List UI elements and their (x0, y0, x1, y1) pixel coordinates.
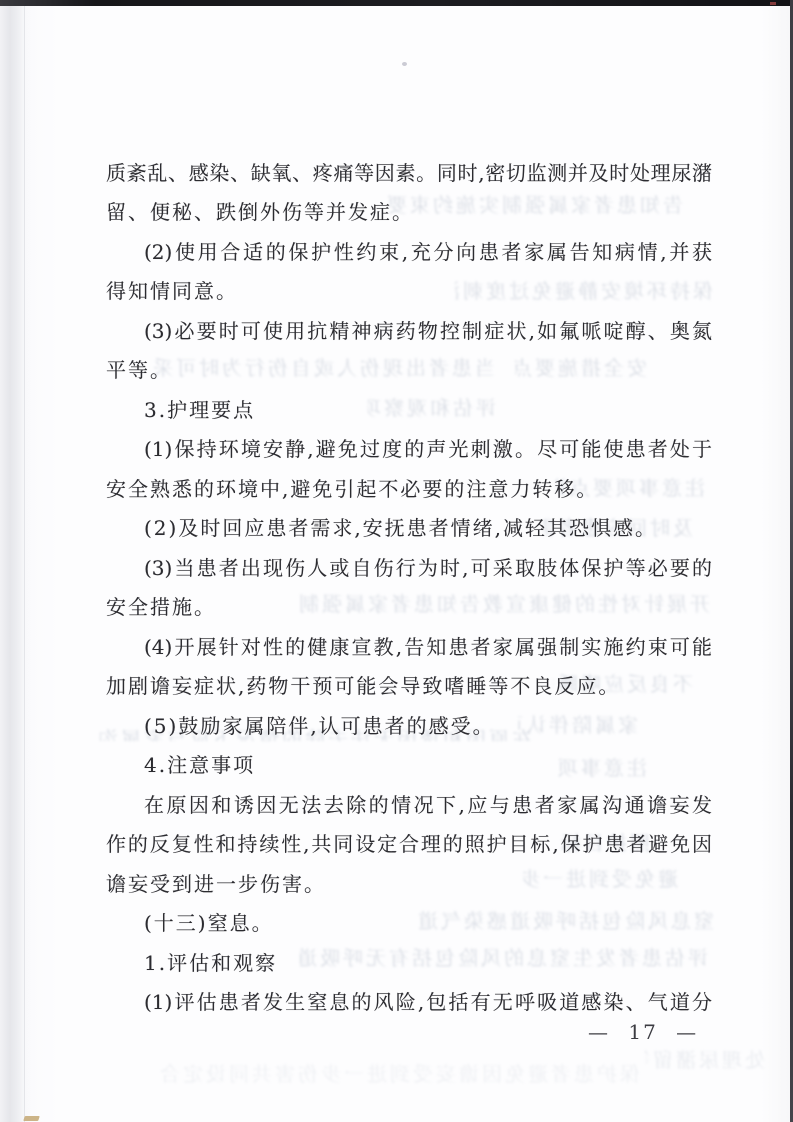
text-line: (1)保持环境安静,避免过度的声光刺激。尽可能使患者处于 (144, 436, 712, 464)
text-line: 得知情同意。 (106, 278, 238, 304)
page-binding-shadow (0, 0, 32, 1122)
scan-speck (23, 1116, 40, 1121)
bleed-through-text: 评估患者发生窒息的风险包括有无呼吸道 (300, 946, 708, 972)
scanned-document-page: 告知患者家属强制实施约束要点 保持环境安静避免过度刺激 当患者出现伤人或自伤行为… (0, 0, 793, 1122)
bleed-through-text: 告知患者家属强制实施约束要点 (383, 193, 683, 219)
text-line: 平等。 (106, 357, 172, 383)
text-line: (2)使用合适的保护性约束,充分向患者家属告知病情,并获 (144, 239, 712, 267)
scan-red-mark (770, 2, 776, 5)
text-line: 作的反复性和持续性,共同设定合理的照护目标,保护患者避免因 (106, 831, 712, 859)
text-line: (4)开展针对性的健康宣教,告知患者家属强制实施约束可能 (144, 634, 712, 662)
text-line: (1)评估患者发生窒息的风险,包括有无呼吸道感染、气道分 (144, 989, 712, 1017)
bleed-through-text: 处理尿潴留等 (645, 1048, 765, 1074)
text-line section-heading: (十三)窒息。 (144, 910, 274, 936)
text-line: 在原因和诱因无法去除的情况下,应与患者家属沟通谵妄发 (144, 792, 712, 820)
bleed-through-text: 家属陪伴认可 (518, 713, 638, 739)
text-line: 安全熟悉的环境中,避免引起不必要的注意力转移。 (106, 476, 598, 502)
bleed-through-text: 保护患者避免因谵妄受到进一步伤害共同设定合理 (160, 1062, 640, 1088)
bleed-through-text: 避免受到进一步伤害 (523, 867, 678, 893)
text-line section-heading: 3.护理要点 (144, 397, 255, 423)
page-number: — 17 — (588, 1020, 698, 1044)
text-line: 加剧谵妄症状,药物干预可能会导致嗜睡等不良反应。 (106, 673, 620, 699)
text-line: 谵妄受到进一步伤害。 (106, 871, 326, 897)
text-line: (2)及时回应患者需求,安抚患者情绪,减轻其恐惧感。 (144, 515, 657, 541)
text-line: (3)必要时可使用抗精神病药物控制症状,如氟哌啶醇、奥氮 (144, 318, 712, 346)
bleed-through-text: 评估和观察项 (368, 396, 496, 422)
text-line section-heading: 4.注意事项 (144, 752, 255, 778)
bleed-through-text: 注意事项 (552, 756, 647, 782)
scan-top-edge (0, 0, 793, 6)
page-crease-line (24, 0, 25, 1122)
bleed-through-text: 安全措施要点 (515, 356, 647, 382)
bleed-through-text: 保持环境安静避免过度刺激 (455, 279, 713, 305)
bleed-through-text: 开展针对性的健康宣教告知患者家属强制 (185, 592, 710, 618)
text-line: (3)当患者出现伤人或自伤行为时,可采取肢体保护等必要的 (144, 555, 712, 583)
text-line section-heading: 1.评估和观察 (144, 950, 277, 976)
text-line: 安全措施。 (106, 594, 216, 620)
text-line: (5)鼓励家属陪伴,认可患者的感受。 (144, 713, 495, 739)
bleed-through-text: 当患者出现伤人或自伤行为时可采取 (150, 356, 495, 382)
text-line: 质紊乱、感染、缺氧、疼痛等因素。同时,密切监测并及时处理尿潴 (106, 160, 712, 188)
scan-dust-dot (402, 62, 407, 66)
text-line: 留、便秘、跌倒外伤等并发症。 (106, 199, 414, 225)
bleed-through-text: 窒息风险包括呼吸道感染气道 (418, 909, 714, 935)
